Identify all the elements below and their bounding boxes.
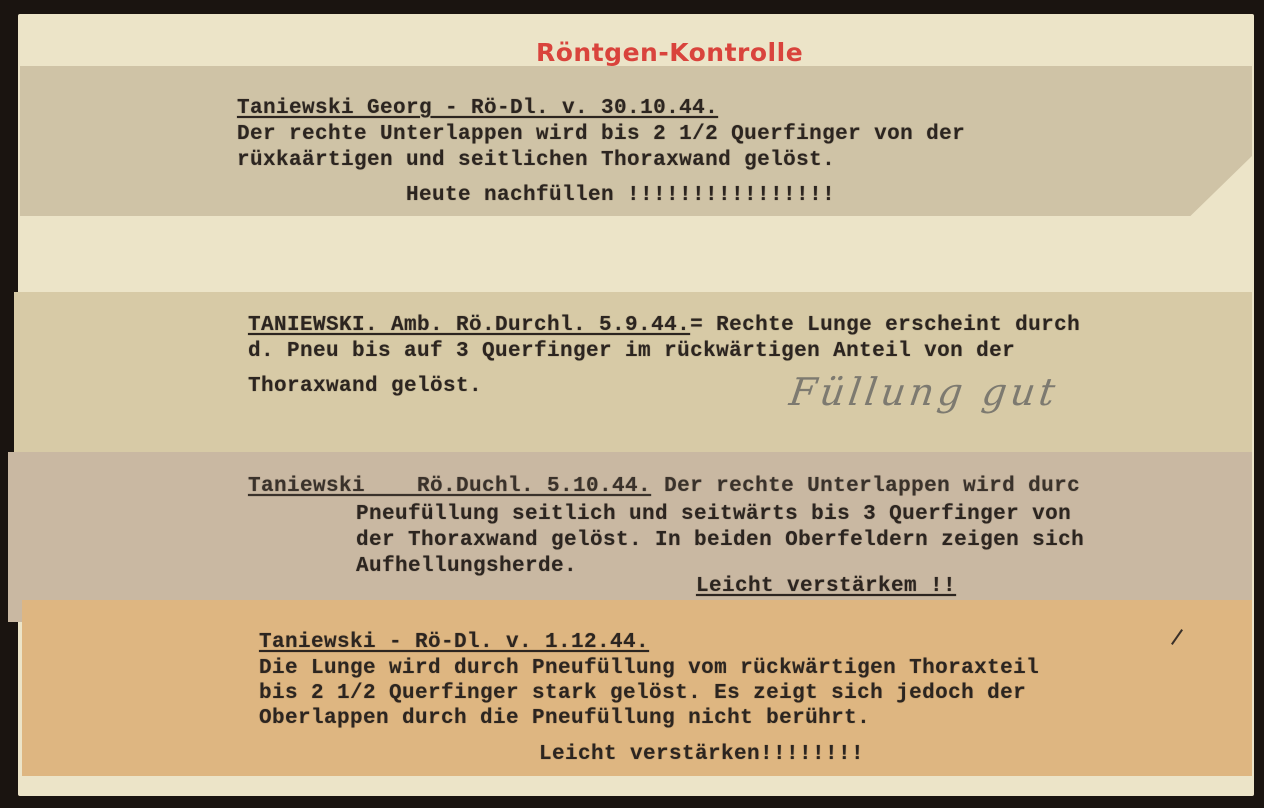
report-4-instruction: Leicht verstärken!!!!!!!! [539, 742, 864, 768]
report-3-line-3: Aufhellungsherde. [356, 554, 577, 580]
report-2-line-2: Thoraxwand gelöst. [248, 374, 482, 400]
report-3-header-tail: Der rechte Unterlappen wird durc [651, 475, 1080, 498]
report-4-line-3: Oberlappen durch die Pneufüllung nicht b… [259, 706, 870, 732]
report-3-line-2: der Thoraxwand gelöst. In beiden Oberfel… [356, 528, 1084, 554]
roentgen-kontrolle-stamp: Röntgen-Kontrolle [536, 38, 803, 67]
report-4-header: Taniewski - Rö-Dl. v. 1.12.44. [259, 630, 649, 656]
report-2-header: TANIEWSKI. Amb. Rö.Durchl. 5.9.44. [248, 314, 690, 337]
handwritten-note: Füllung gut [787, 370, 1062, 414]
report-2-header-tail: = Rechte Lunge erscheint durch [690, 314, 1080, 337]
report-1-line-2: rüxkaärtigen und seitlichen Thoraxwand g… [237, 148, 835, 174]
report-1-instruction: Heute nachfüllen !!!!!!!!!!!!!!!! [406, 183, 835, 209]
report-4-line-1: Die Lunge wird durch Pneufüllung vom rüc… [259, 656, 1039, 682]
report-3-instruction: Leicht verstärkem !! [696, 574, 956, 600]
report-3-header: Taniewski Rö.Duchl. 5.10.44. [248, 475, 651, 498]
report-2-header-line: TANIEWSKI. Amb. Rö.Durchl. 5.9.44.= Rech… [248, 313, 1080, 339]
report-1-line-1: Der rechte Unterlappen wird bis 2 1/2 Qu… [237, 122, 965, 148]
report-3-header-line: Taniewski Rö.Duchl. 5.10.44. Der rechte … [248, 474, 1080, 500]
report-2-line-1: d. Pneu bis auf 3 Querfinger im rückwärt… [248, 339, 1015, 365]
report-4-line-2: bis 2 1/2 Querfinger stark gelöst. Es ze… [259, 681, 1026, 707]
report-3-line-1: Pneufüllung seitlich und seitwärts bis 3… [356, 502, 1071, 528]
report-1-header: Taniewski Georg - Rö-Dl. v. 30.10.44. [237, 96, 718, 122]
